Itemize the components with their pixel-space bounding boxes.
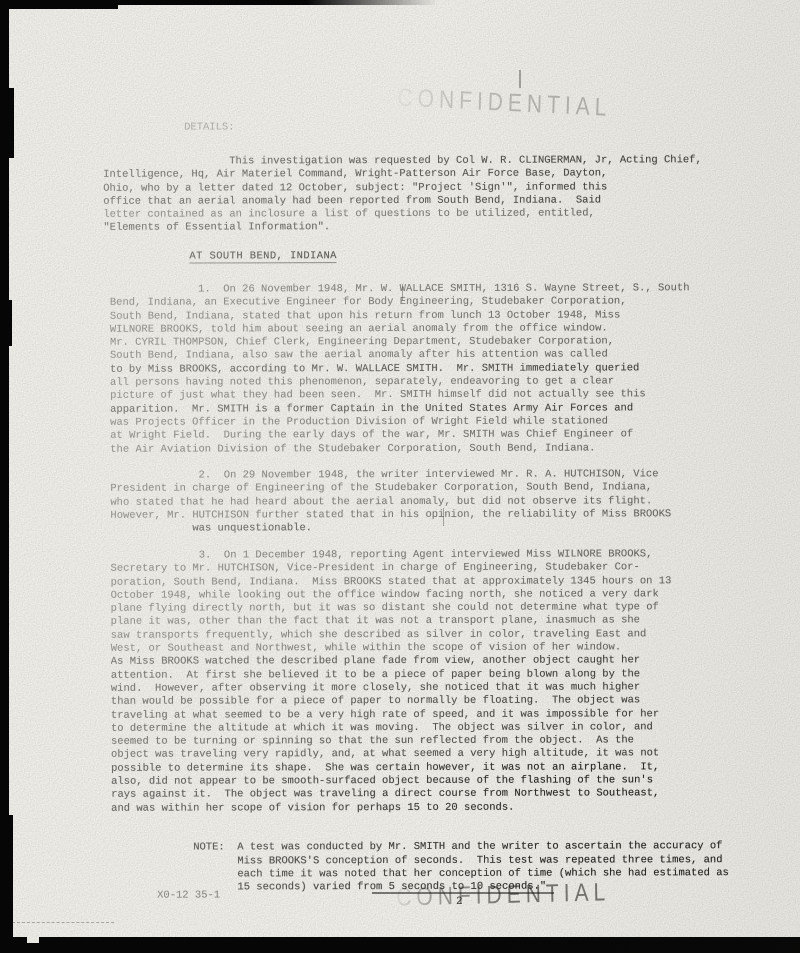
- scan-edge-artifact: [9, 300, 12, 346]
- pencil-dash-mark: [12, 922, 114, 923]
- scan-edge-top: [0, 0, 438, 5]
- crease-mark: [443, 508, 444, 526]
- scan-edge-left: [0, 0, 9, 953]
- document-line: object was traveling very rapidly, and, …: [105, 747, 745, 762]
- document-line: rays against it. The object was travelin…: [105, 787, 745, 802]
- document-line: 1. On 26 November 1948, Mr. W. WALLACE S…: [103, 282, 743, 297]
- scan-edge-artifact: [9, 88, 14, 158]
- crease-mark: [402, 284, 403, 300]
- scanned-document-page: CONFIDENTIAL CONFIDENTIAL DETAILS: This …: [0, 0, 800, 953]
- document-line: traveling at what seemed to be a very hi…: [105, 708, 745, 723]
- scan-edge-notch: [27, 937, 39, 943]
- document-line: NOTE: A test was conducted by Mr. SMITH …: [105, 841, 745, 856]
- file-reference: X0-12 35-1: [157, 889, 220, 901]
- intro-paragraph: This investigation was requested by Col …: [103, 154, 743, 235]
- document-line: This investigation was requested by Col …: [103, 154, 743, 169]
- document-line: "Elements of Essential Information".: [103, 221, 743, 236]
- typed-text-layer: DETAILS: This investigation was requeste…: [0, 0, 800, 953]
- document-line: President in charge of Engineering of th…: [104, 482, 744, 497]
- section-label: DETAILS:: [184, 121, 234, 133]
- page-number: 2: [456, 896, 463, 908]
- document-line: However, Mr. HUTCHISON further stated th…: [104, 508, 744, 523]
- underline-mark: [372, 892, 554, 894]
- crease-mark: [519, 70, 521, 88]
- scan-edge-bottom: [0, 937, 800, 953]
- location-heading: AT SOUTH BEND, INDIANA: [189, 250, 336, 263]
- report-body: 1. On 26 November 1948, Mr. W. WALLACE S…: [103, 282, 745, 895]
- document-line: to determine the altitude at which it wa…: [105, 721, 745, 736]
- document-line: 3. On 1 December 1948, reporting Agent i…: [104, 548, 744, 563]
- document-line: each time it was noted that her concepti…: [105, 867, 745, 882]
